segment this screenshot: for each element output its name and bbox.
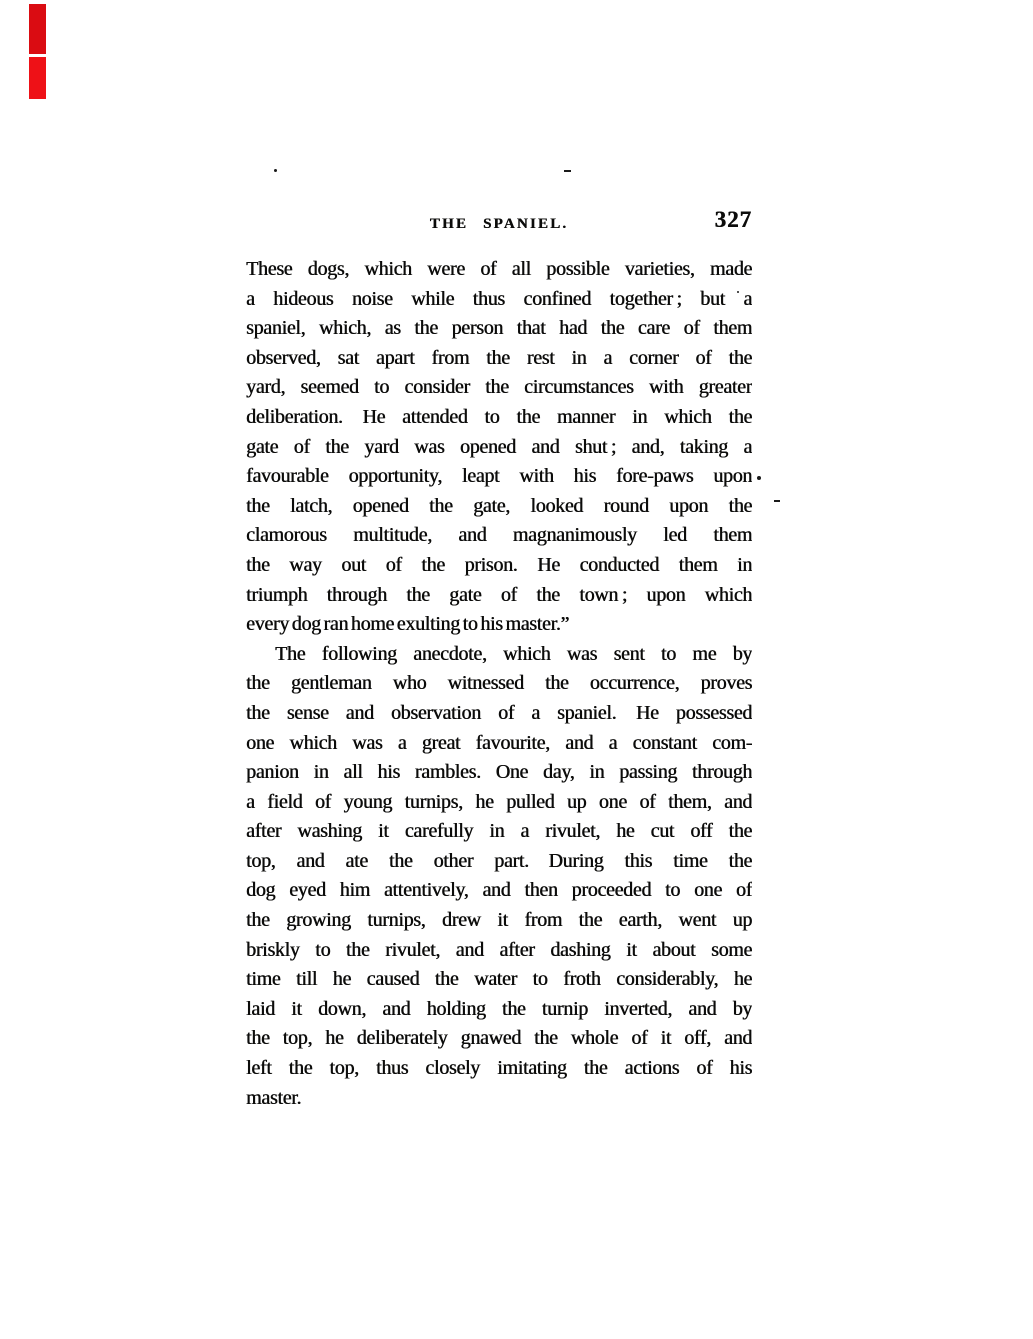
text-line: time till he caused the water to froth c… xyxy=(246,965,752,995)
text-line: after washing it carefully in a rivulet,… xyxy=(246,817,752,847)
text-line: top, and ate the other part. During this… xyxy=(246,847,752,877)
text-line: one which was a great favourite, and a c… xyxy=(246,729,752,759)
text-line: deliberation. He attended to the manner … xyxy=(246,403,752,433)
text-line: spaniel, which, as the person that had t… xyxy=(246,314,752,344)
ink-speck xyxy=(274,169,277,172)
ink-speck xyxy=(737,291,739,293)
page-number: 327 xyxy=(715,207,753,233)
text-line: left the top, thus closely imitating the… xyxy=(246,1054,752,1084)
text-line: briskly to the rivulet, and after dashin… xyxy=(246,936,752,966)
text-line: observed, sat apart from the rest in a c… xyxy=(246,344,752,374)
text-line: triumph through the gate of the town ; u… xyxy=(246,581,752,611)
text-line: panion in all his rambles. One day, in p… xyxy=(246,758,752,788)
red-scan-mark-top xyxy=(29,4,46,54)
text-line: These dogs, which were of all possible v… xyxy=(246,255,752,285)
paragraph-1: These dogs, which were of all possible v… xyxy=(246,255,752,640)
red-scan-mark-bottom xyxy=(29,57,46,99)
text-line: every dog ran home exulting to his maste… xyxy=(246,610,752,640)
text-line: the sense and observation of a spaniel. … xyxy=(246,699,752,729)
text-block: These dogs, which were of all possible v… xyxy=(246,255,752,1113)
text-line: the way out of the prison. He conducted … xyxy=(246,551,752,581)
ink-speck xyxy=(564,170,571,172)
text-line: clamorous multitude, and magnanimously l… xyxy=(246,521,752,551)
text-line: master. xyxy=(246,1084,752,1114)
text-line: The following anecdote, which was sent t… xyxy=(246,640,752,670)
ink-speck xyxy=(757,476,761,480)
text-line: the gentleman who witnessed the occurren… xyxy=(246,669,752,699)
scanned-book-page: THE SPANIEL. 327 These dogs, which were … xyxy=(0,0,1033,1339)
text-line: a field of young turnips, he pulled up o… xyxy=(246,788,752,818)
text-line: laid it down, and holding the turnip inv… xyxy=(246,995,752,1025)
text-line: dog eyed him attentively, and then proce… xyxy=(246,876,752,906)
text-line: the latch, opened the gate, looked round… xyxy=(246,492,752,522)
paragraph-2: The following anecdote, which was sent t… xyxy=(246,640,752,1114)
running-header: THE SPANIEL. 327 xyxy=(246,213,752,239)
text-line: favourable opportunity, leapt with his f… xyxy=(246,462,752,492)
chapter-title: THE SPANIEL. xyxy=(246,216,752,233)
text-line: the growing turnips, drew it from the ea… xyxy=(246,906,752,936)
text-line: gate of the yard was opened and shut ; a… xyxy=(246,433,752,463)
text-line: the top, he deliberately gnawed the whol… xyxy=(246,1024,752,1054)
text-line: a hideous noise while thus confined toge… xyxy=(246,285,752,315)
ink-speck xyxy=(774,500,780,502)
text-line: yard, seemed to consider the circumstanc… xyxy=(246,373,752,403)
